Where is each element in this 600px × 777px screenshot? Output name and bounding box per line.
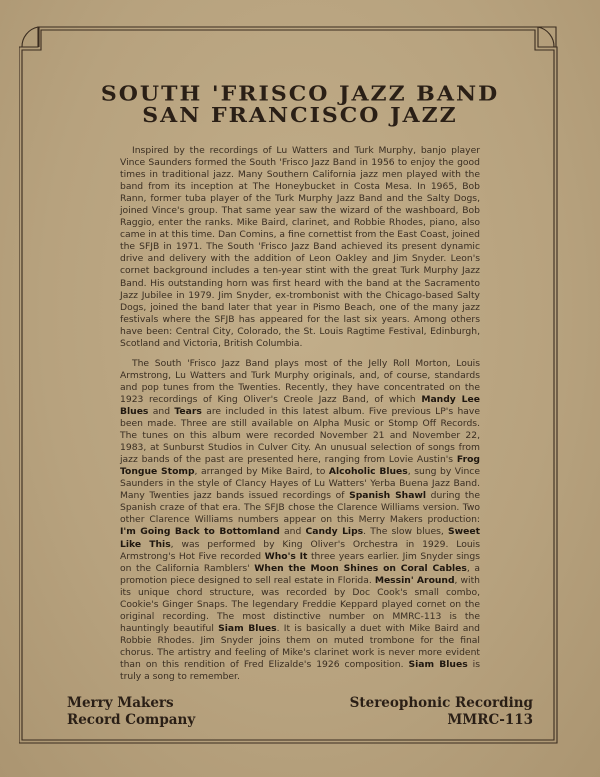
- title-line-2: SAN FRANCISCO JAZZ: [0, 105, 600, 127]
- song-title: Siam Blues: [408, 659, 467, 670]
- song-title: Who's It: [265, 551, 308, 562]
- song-title: Alcoholic Blues: [329, 466, 408, 477]
- record-label-line-2: Record Company: [67, 712, 195, 729]
- page-title: SOUTH 'FRISCO JAZZ BAND SAN FRANCISCO JA…: [0, 83, 600, 127]
- song-title: Candy Lips: [306, 526, 364, 537]
- paragraph-2: The South 'Frisco Jazz Band plays most o…: [120, 358, 480, 683]
- song-title: Tears: [174, 406, 201, 417]
- record-label: Merry Makers Record Company: [67, 695, 195, 729]
- paragraph-1: Inspired by the recordings of Lu Watters…: [120, 145, 480, 350]
- liner-notes: Inspired by the recordings of Lu Watters…: [120, 145, 480, 691]
- song-title: I'm Going Back to Bottomland: [120, 526, 280, 537]
- song-title: Frog Tongue Stomp: [120, 454, 480, 477]
- catalog-number: MMRC-113: [350, 712, 533, 729]
- song-title: Siam Blues: [218, 623, 276, 634]
- title-line-1: SOUTH 'FRISCO JAZZ BAND: [0, 83, 600, 105]
- catalog-info: Stereophonic Recording MMRC-113: [350, 695, 533, 729]
- record-label-line-1: Merry Makers: [67, 695, 195, 712]
- song-title: Spanish Shawl: [349, 490, 426, 501]
- recording-type: Stereophonic Recording: [350, 695, 533, 712]
- song-title: Messin' Around: [375, 575, 455, 586]
- song-title: When the Moon Shines on Coral Cables: [254, 563, 467, 574]
